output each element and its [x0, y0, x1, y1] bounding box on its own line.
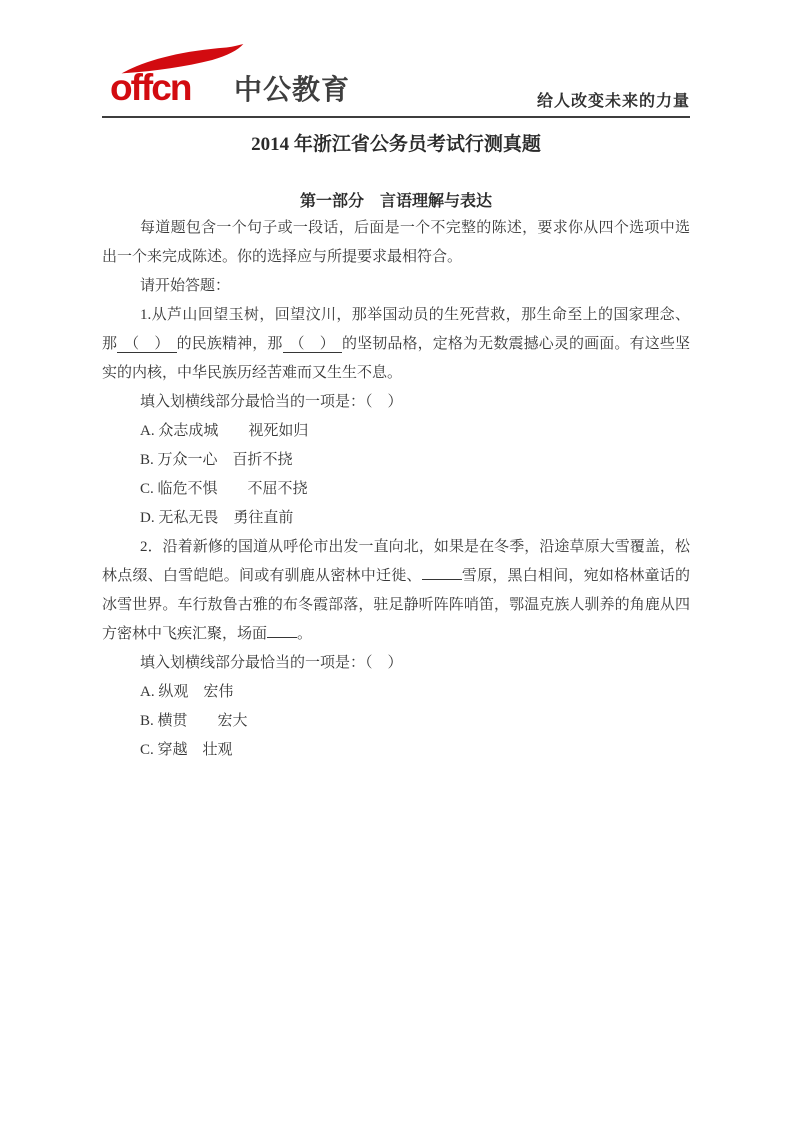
question-1-option-d: D. 无私无畏 勇往直前: [102, 504, 690, 533]
question-2-option-b: B. 横贯 宏大: [102, 707, 690, 736]
document-page: offcn 中公教育 给人改变未来的力量 2014 年浙江省公务员考试行测真题 …: [0, 0, 793, 1122]
question-2-stem: 2．沿着新修的国道从呼伦市出发一直向北，如果是在冬季，沿途草原大雪覆盖，松林点缀…: [102, 533, 690, 649]
question-1-option-c: C. 临危不惧 不屈不挠: [102, 475, 690, 504]
question-1-text: 的民族精神，那: [177, 336, 283, 352]
question-1-prompt: 填入划横线部分最恰当的一项是：（ ）: [102, 388, 690, 417]
start-note: 请开始答题：: [102, 272, 690, 301]
page-header: offcn 中公教育 给人改变未来的力量: [102, 0, 690, 118]
question-1-stem: 1.从芦山回望玉树，回望汶川，那举国动员的生死营救，那生命至上的国家理念、那（ …: [102, 301, 690, 388]
question-2-option-c: C. 穿越 壮观: [102, 736, 690, 765]
blank-paren-underline: （ ）: [283, 336, 342, 353]
question-2-prompt: 填入划横线部分最恰当的一项是：（ ）: [102, 649, 690, 678]
logo-brand-text: 中公教育: [234, 76, 350, 104]
blank-underline: [422, 567, 462, 580]
question-2-option-a: A. 纵观 宏伟: [102, 678, 690, 707]
instructions-paragraph: 每道题包含一个句子或一段话，后面是一个不完整的陈述，要求你从四个选项中选出一个来…: [102, 214, 690, 272]
question-1-option-b: B. 万众一心 百折不挠: [102, 446, 690, 475]
offcn-logo: offcn 中公教育: [102, 44, 402, 106]
logo-wordmark: offcn: [110, 69, 190, 106]
blank-paren-underline: （ ）: [117, 336, 176, 353]
blank-underline: [267, 625, 297, 638]
section-heading: 第一部分 言语理解与表达: [102, 190, 690, 214]
question-1-option-a: A. 众志成城 视死如归: [102, 417, 690, 446]
document-title: 2014 年浙江省公务员考试行测真题: [102, 131, 690, 159]
brand-tagline: 给人改变未来的力量: [537, 88, 690, 111]
question-2-text: 。: [297, 626, 312, 642]
